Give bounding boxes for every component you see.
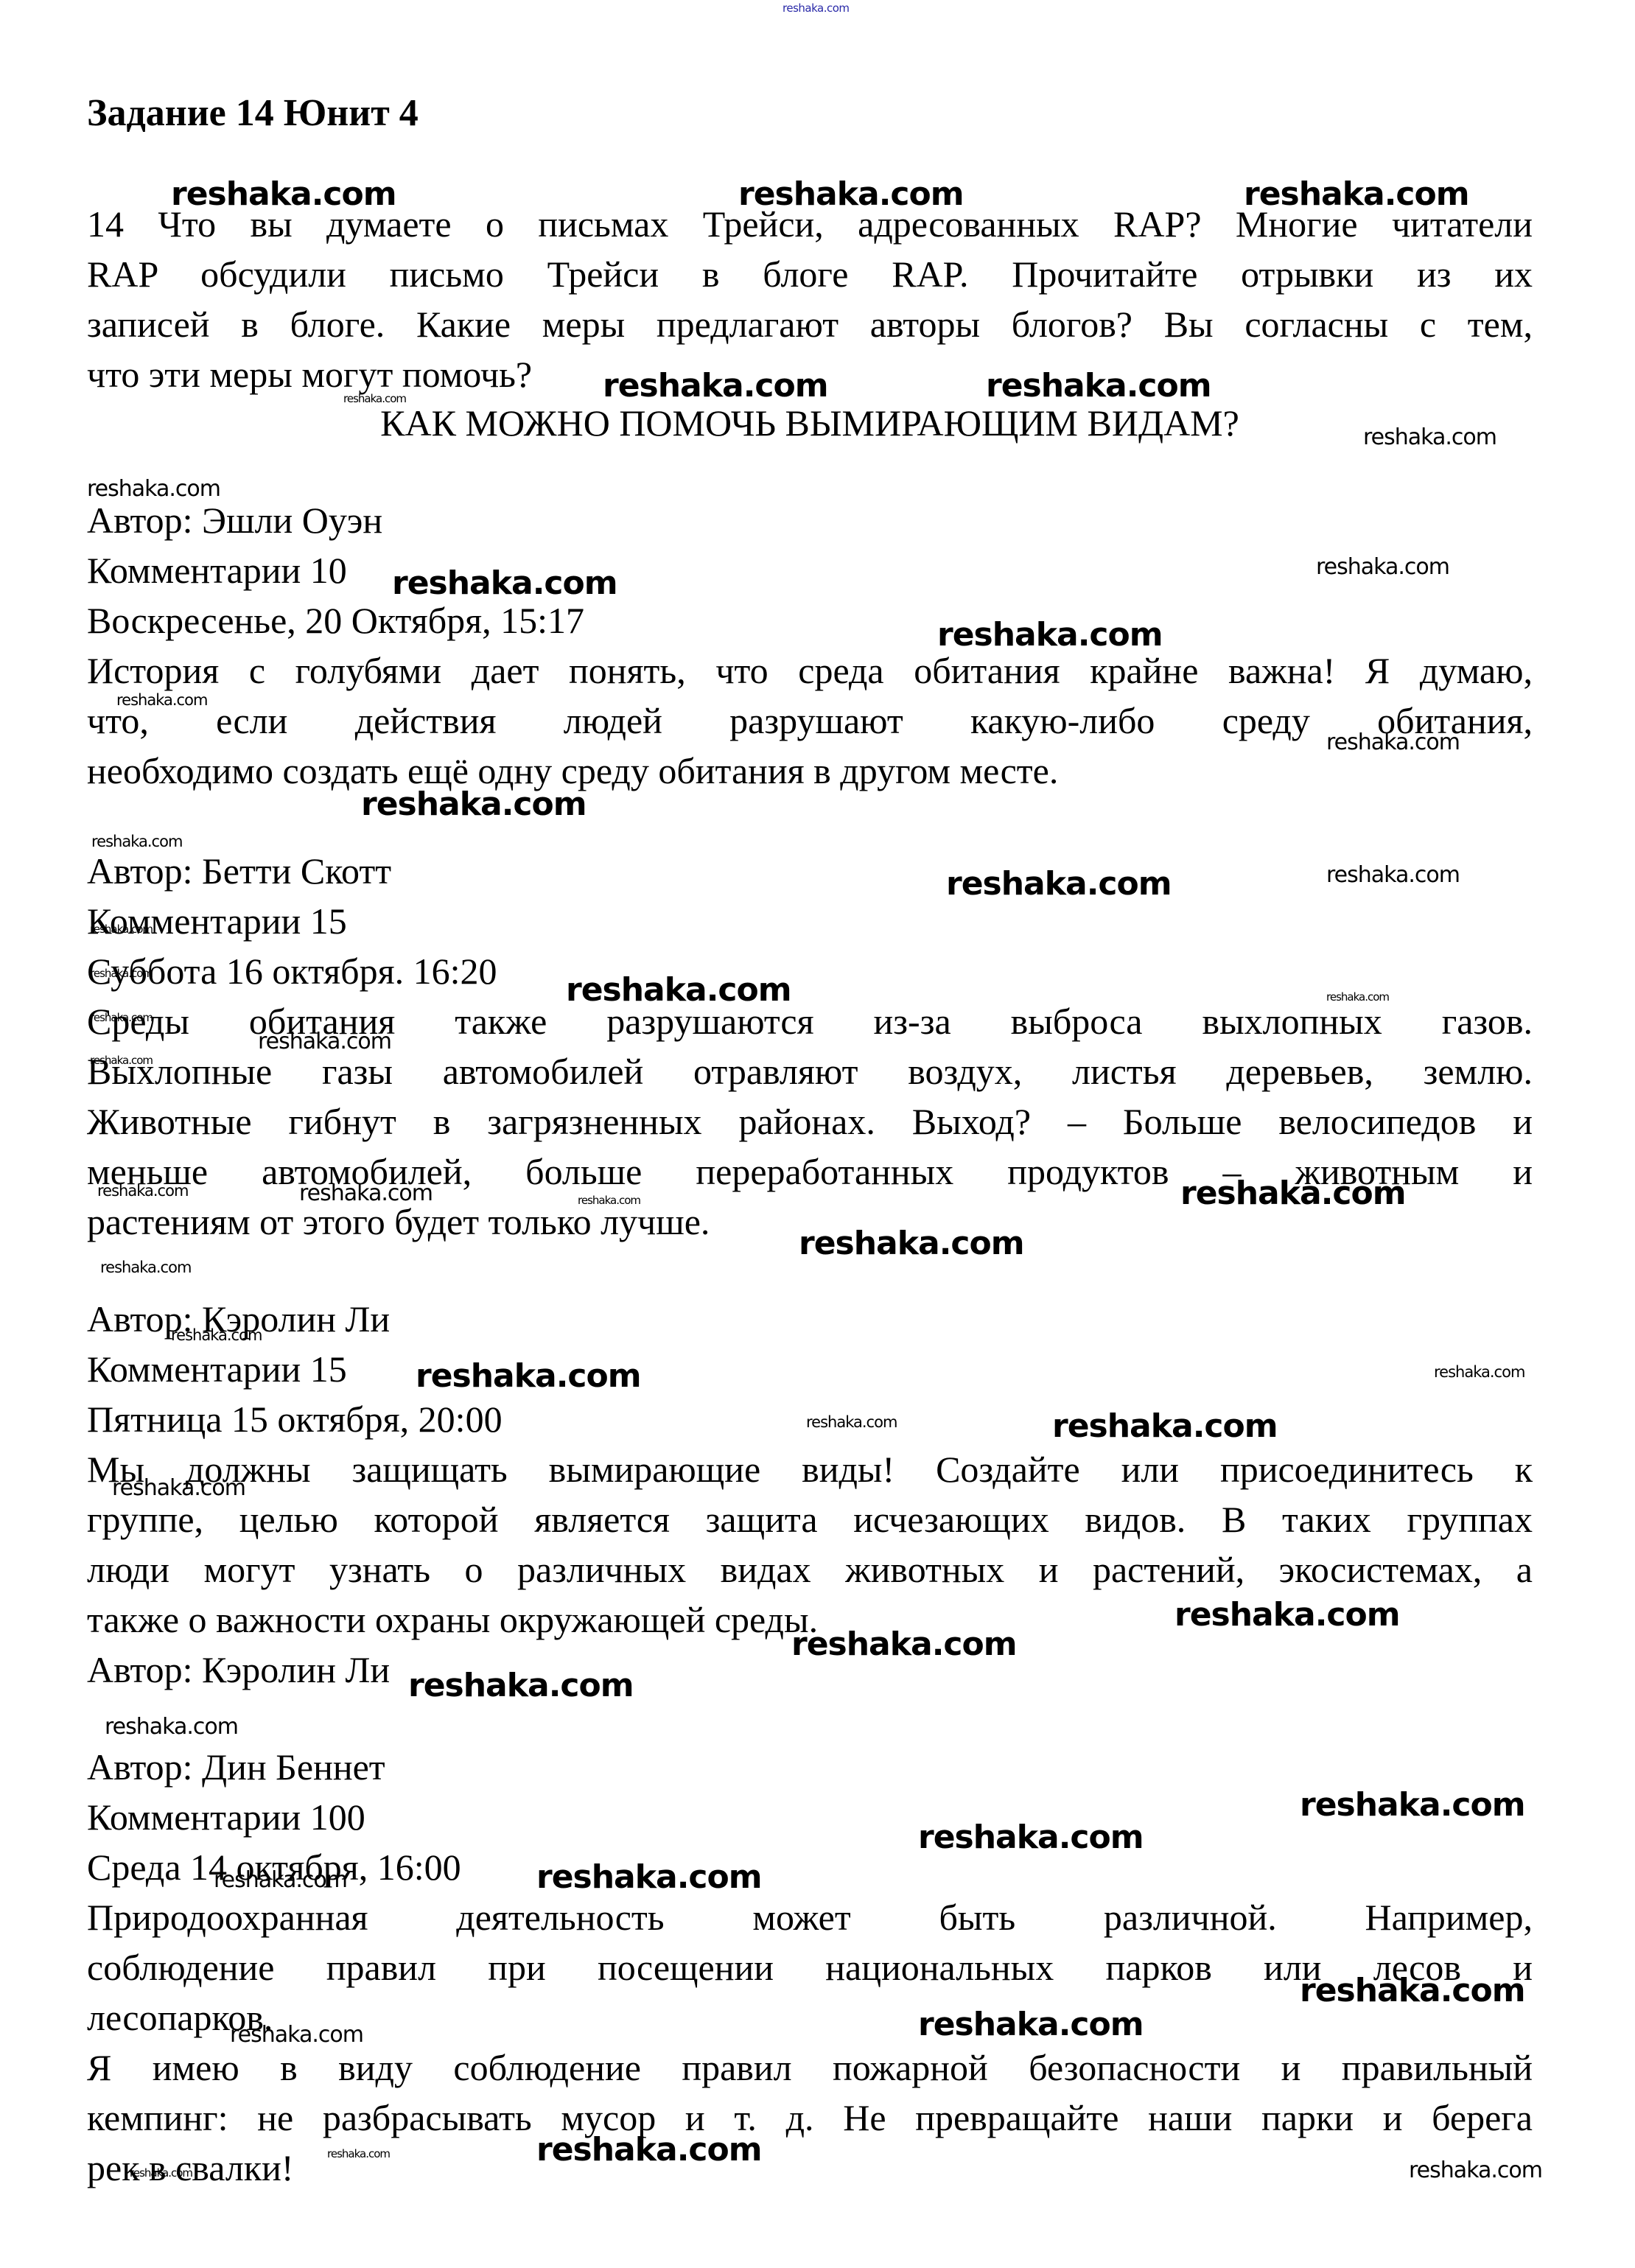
post-comments: Комментарии 15 [87,896,1533,946]
watermark: reshaka.com [1244,175,1469,213]
task-line: RAP обсудили письмо Трейси в блоге RAP. … [87,249,1533,299]
post-line: Природоохранная деятельность может быть … [87,1892,1533,1942]
post-line: История с голубями дает понять, что сред… [87,645,1533,696]
post-line: Мы должны защищать вымирающие виды! Созд… [87,1444,1533,1494]
watermark: reshaka.com [230,2022,363,2048]
watermark: reshaka.com [536,2131,762,2169]
watermark: reshaka.com [1326,862,1460,888]
post-author: Автор: Кэролин Ли [87,1294,1533,1344]
watermark: reshaka.com [171,175,396,213]
document-page: reshaka.com Задание 14 Юнит 4 14 Что вы … [0,0,1635,2268]
watermark: reshaka.com [946,865,1172,903]
watermark: reshaka.com [1180,1175,1406,1212]
post-author: Автор: Бетти Скотт [87,846,1533,896]
post-line: Я имею в виду соблюдение правил пожарной… [87,2043,1533,2093]
watermark: reshaka.com [791,1625,1017,1663]
watermark: reshaka.com [566,971,791,1009]
watermark: reshaka.com [105,1714,238,1740]
watermark: reshaka.com [578,1194,640,1207]
post-line: кемпинг: не разбрасывать мусор и т. д. Н… [87,2093,1533,2143]
watermark: reshaka.com [1052,1407,1278,1445]
watermark: reshaka.com [90,1011,153,1024]
post-line: группе, целью которой является защита ис… [87,1494,1533,1544]
watermark: reshaka.com [918,2006,1144,2043]
post-date: Суббота 16 октября. 16:20 [87,946,1533,996]
watermark: reshaka.com [100,1259,191,1276]
blog-post: Автор: Эшли Оуэн Комментарии 10 Воскресе… [87,495,1533,796]
watermark: reshaka.com [1316,554,1449,580]
watermark: reshaka.com [603,367,828,405]
post-line: люди могут узнать о различных видах живо… [87,1544,1533,1595]
watermark: reshaka.com [1434,1363,1524,1381]
watermark: reshaka.com [90,967,153,980]
post-author: Автор: Дин Беннет [87,1742,1533,1792]
watermark: reshaka.com [299,1180,433,1206]
watermark: reshaka.com [90,923,153,936]
watermark: reshaka.com [214,1867,347,1893]
watermark: reshaka.com [416,1357,641,1395]
watermark: reshaka.com [1174,1596,1400,1634]
section-heading: КАК МОЖНО ПОМОЧЬ ВЫМИРАЮЩИМ ВИДАМ? [87,398,1533,448]
watermark: reshaka.com [799,1225,1024,1262]
watermark: reshaka.com [87,476,220,502]
watermark: reshaka.com [130,2166,192,2180]
watermark: reshaka.com [90,1054,153,1067]
task-line: записей в блоге. Какие меры предлагают а… [87,299,1533,349]
post-author: Автор: Эшли Оуэн [87,495,1533,545]
watermark: reshaka.com [1409,2157,1542,2183]
section-heading-block: КАК МОЖНО ПОМОЧЬ ВЫМИРАЮЩИМ ВИДАМ? [87,398,1533,448]
watermark: reshaka.com [343,392,406,405]
post-comments: Комментарии 15 [87,1344,1533,1394]
post-line: что, если действия людей разрушают какую… [87,696,1533,746]
watermark: reshaka.com [258,1029,391,1054]
page-title: Задание 14 Юнит 4 [87,91,419,136]
watermark: reshaka.com [112,1475,245,1501]
watermark: reshaka.com [536,1858,762,1896]
watermark: reshaka.com [91,833,182,850]
watermark: reshaka.com [1363,424,1496,450]
watermark: reshaka.com [171,1326,262,1344]
watermark: reshaka.com [97,1182,188,1200]
watermark: reshaka.com [1300,1972,1525,2009]
post-line: Животные гибнут в загрязненных районах. … [87,1096,1533,1147]
watermark: reshaka.com [1300,1786,1525,1824]
watermark: reshaka.com [1326,990,1389,1004]
watermark: reshaka.com [1326,729,1460,755]
watermark: reshaka.com [986,367,1211,405]
watermark: reshaka.com [806,1413,897,1431]
source-watermark: reshaka.com [783,1,850,15]
watermark: reshaka.com [116,691,207,709]
watermark: reshaka.com [918,1819,1144,1856]
watermark: reshaka.com [408,1667,634,1704]
watermark: reshaka.com [738,175,964,213]
watermark: reshaka.com [327,2147,390,2160]
post-line: необходимо создать ещё одну среду обитан… [87,746,1533,796]
watermark: reshaka.com [937,616,1163,654]
watermark: reshaka.com [361,785,587,823]
post-date: Воскресенье, 20 Октября, 15:17 [87,595,1533,645]
watermark: reshaka.com [392,564,617,602]
post-line: рек в свалки! [87,2143,1533,2193]
